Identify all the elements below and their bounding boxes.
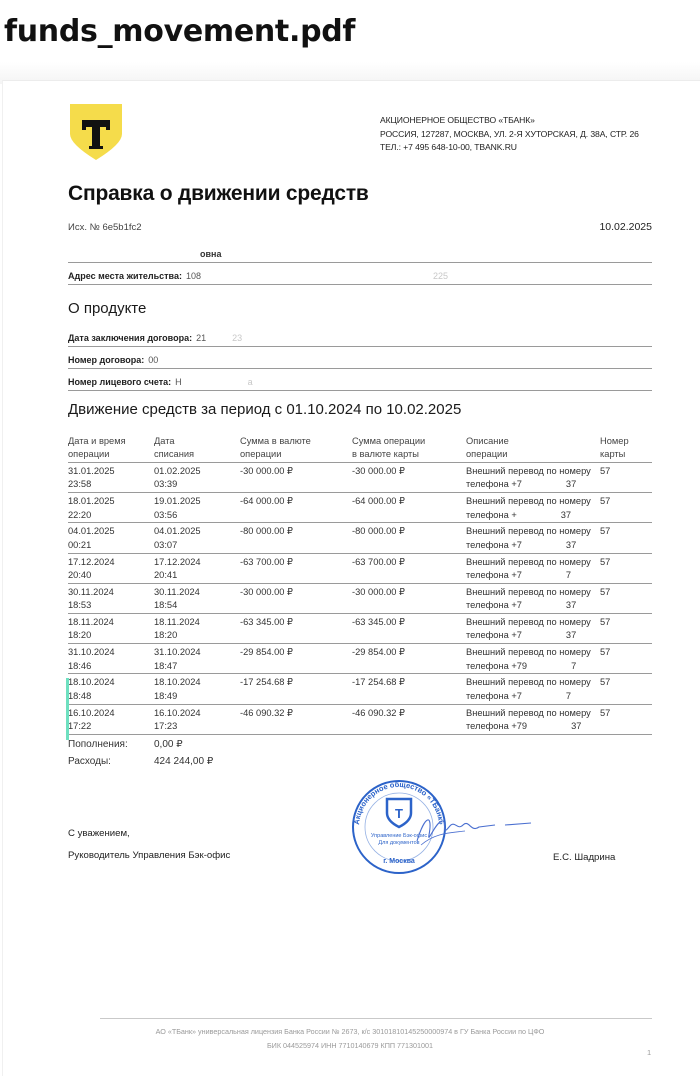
debit-datetime: 16.10.202417:23 [154, 707, 240, 734]
description: Внешний перевод по номерутелефона +737 [466, 465, 600, 492]
footer-divider [100, 1018, 652, 1019]
column-header-op-datetime: Дата и времяоперации [68, 433, 154, 462]
company-contacts: ТЕЛ.: +7 495 648-10-00, TBANK.RU [380, 141, 639, 155]
totals-income: Пополнения: 0,00 ₽ [68, 739, 128, 750]
accent-marker [66, 678, 69, 740]
table-body: 31.01.202523:5801.02.202503:39-30 000.00… [68, 463, 652, 735]
address-label: Адрес места жительства: [68, 271, 182, 281]
card-number: 57 [600, 495, 652, 522]
description: Внешний перевод по номерутелефона +37 [466, 495, 600, 522]
card-number: 57 [600, 556, 652, 583]
amount-card: -29 854.00 ₽ [352, 646, 466, 673]
file-title: funds_movement.pdf [4, 14, 355, 49]
debit-datetime: 19.01.202503:56 [154, 495, 240, 522]
reference-number: Исх. № 6e5b1fc2 [68, 222, 142, 233]
amount-op: -80 000.00 ₽ [240, 525, 352, 552]
address-value: 108 [186, 271, 201, 281]
amount-card: -30 000.00 ₽ [352, 465, 466, 492]
description: Внешний перевод по номерутелефона +7937 [466, 707, 600, 734]
field-label: Дата заключения договора: [68, 333, 192, 343]
redacted-area [206, 331, 232, 343]
op-datetime: 31.01.202523:58 [68, 465, 154, 492]
amount-card: -80 000.00 ₽ [352, 525, 466, 552]
description: Внешний перевод по номерутелефона +737 [466, 525, 600, 552]
table-row: 17.12.202420:4017.12.202420:41-63 700.00… [68, 554, 652, 584]
card-number: 57 [600, 465, 652, 492]
description: Внешний перевод по номерутелефона +77 [466, 556, 600, 583]
debit-datetime: 04.01.202503:07 [154, 525, 240, 552]
table-row: 30.11.202418:5330.11.202418:54-30 000.00… [68, 584, 652, 614]
expense-label: Расходы: [68, 756, 111, 767]
op-datetime: 04.01.202500:21 [68, 525, 154, 552]
amount-op: -63 345.00 ₽ [240, 616, 352, 643]
debit-datetime: 18.10.202418:49 [154, 676, 240, 703]
amount-op: -64 000.00 ₽ [240, 495, 352, 522]
address-tail: 225 [433, 271, 448, 281]
footer-line-2: БИК 044525974 ИНН 7710140679 КПП 7713010… [100, 1039, 600, 1053]
svg-text:г. Москва: г. Москва [383, 858, 415, 865]
svg-text:Для документов: Для документов [378, 840, 419, 846]
column-header-description: Описаниеоперации [466, 433, 600, 462]
movements-heading: Движение средств за период с 01.10.2024 … [68, 401, 461, 418]
card-number: 57 [600, 525, 652, 552]
signer-position: Руководитель Управления Бэк-офис [68, 850, 230, 861]
card-number: 57 [600, 676, 652, 703]
op-datetime: 30.11.202418:53 [68, 586, 154, 613]
op-datetime: 16.10.202417:22 [68, 707, 154, 734]
column-header-amount-op: Сумма в валютеоперации [240, 433, 352, 462]
amount-op: -30 000.00 ₽ [240, 465, 352, 492]
op-datetime: 18.10.202418:48 [68, 676, 154, 703]
amount-op: -46 090.32 ₽ [240, 707, 352, 734]
field-value-tail: 23 [232, 333, 242, 343]
field-value: 00 [148, 355, 158, 365]
table-row: 31.01.202523:5801.02.202503:39-30 000.00… [68, 463, 652, 493]
movements-table: Дата и времяоперации Датасписания Сумма … [68, 433, 652, 735]
company-name: АКЦИОНЕРНОЕ ОБЩЕСТВО «ТБАНК» [380, 114, 639, 128]
amount-card: -63 700.00 ₽ [352, 556, 466, 583]
table-row: 18.11.202418:2018.11.202418:20-63 345.00… [68, 614, 652, 644]
page-number: 1 [647, 1048, 651, 1057]
column-header-card-number: Номеркарты [600, 433, 652, 462]
debit-datetime: 30.11.202418:54 [154, 586, 240, 613]
description: Внешний перевод по номерутелефона +797 [466, 646, 600, 673]
op-datetime: 18.11.202418:20 [68, 616, 154, 643]
document-date: 10.02.2025 [599, 221, 652, 233]
amount-card: -63 345.00 ₽ [352, 616, 466, 643]
card-number: 57 [600, 616, 652, 643]
op-datetime: 18.01.202522:20 [68, 495, 154, 522]
table-row: 04.01.202500:2104.01.202503:07-80 000.00… [68, 523, 652, 553]
field-label: Номер договора: [68, 355, 144, 365]
footer-bank-details: АО «ТБанк» универсальная лицензия Банка … [100, 1025, 600, 1053]
card-number: 57 [600, 707, 652, 734]
product-field-account-number: Номер лицевого счета: Н а [68, 371, 652, 391]
amount-card: -46 090.32 ₽ [352, 707, 466, 734]
description: Внешний перевод по номерутелефона +77 [466, 676, 600, 703]
amount-op: -17 254.68 ₽ [240, 676, 352, 703]
description: Внешний перевод по номерутелефона +737 [466, 616, 600, 643]
table-row: 18.10.202418:4818.10.202418:49-17 254.68… [68, 674, 652, 704]
table-row: 18.01.202522:2019.01.202503:56-64 000.00… [68, 493, 652, 523]
card-number: 57 [600, 586, 652, 613]
product-field-contract-number: Номер договора: 00 [68, 349, 652, 369]
table-row: 31.10.202418:4631.10.202418:47-29 854.00… [68, 644, 652, 674]
amount-card: -64 000.00 ₽ [352, 495, 466, 522]
expense-value: 424 244,00 ₽ [154, 756, 213, 767]
column-header-amount-card: Сумма операциив валюте карты [352, 433, 466, 462]
document-title: Справка о движении средств [68, 182, 369, 206]
debit-datetime: 17.12.202420:41 [154, 556, 240, 583]
product-heading: О продукте [68, 300, 146, 317]
totals-expense: Расходы: 424 244,00 ₽ [68, 756, 111, 767]
field-value-tail: а [248, 377, 253, 387]
tbank-shield-t-icon [68, 104, 124, 160]
product-field-contract-date: Дата заключения договора: 21 23 [68, 327, 652, 347]
table-row: 16.10.202417:2216.10.202417:23-46 090.32… [68, 705, 652, 735]
op-datetime: 17.12.202420:40 [68, 556, 154, 583]
address-row: Адрес места жительства: 108 225 [68, 265, 652, 285]
company-address: АКЦИОНЕРНОЕ ОБЩЕСТВО «ТБАНК» РОССИЯ, 127… [380, 114, 639, 155]
debit-datetime: 01.02.202503:39 [154, 465, 240, 492]
svg-text:T: T [395, 806, 403, 821]
redacted-area [68, 247, 200, 259]
client-name-row: овна [68, 243, 652, 263]
income-value: 0,00 ₽ [154, 739, 183, 750]
amount-op: -30 000.00 ₽ [240, 586, 352, 613]
column-header-debit-date: Датасписания [154, 433, 240, 462]
debit-datetime: 18.11.202418:20 [154, 616, 240, 643]
op-datetime: 31.10.202418:46 [68, 646, 154, 673]
field-value: 21 [196, 333, 206, 343]
debit-datetime: 31.10.202418:47 [154, 646, 240, 673]
amount-card: -17 254.68 ₽ [352, 676, 466, 703]
table-header: Дата и времяоперации Датасписания Сумма … [68, 433, 652, 463]
footer-line-1: АО «ТБанк» универсальная лицензия Банка … [100, 1025, 600, 1039]
description: Внешний перевод по номерутелефона +737 [466, 586, 600, 613]
income-label: Пополнения: [68, 739, 128, 750]
company-street: РОССИЯ, 127287, МОСКВА, УЛ. 2-Я ХУТОРСКА… [380, 128, 639, 142]
redacted-area [201, 269, 433, 281]
company-seal-stamp-icon: Акционерное общество «ТБанк» T Управлени… [345, 775, 535, 875]
amount-card: -30 000.00 ₽ [352, 586, 466, 613]
amount-op: -63 700.00 ₽ [240, 556, 352, 583]
field-label: Номер лицевого счета: [68, 377, 171, 387]
redacted-area [182, 375, 248, 387]
client-name-visible: овна [200, 249, 221, 259]
amount-op: -29 854.00 ₽ [240, 646, 352, 673]
regards-text: С уважением, [68, 828, 130, 839]
signer-name: Е.С. Шадрина [553, 852, 615, 863]
card-number: 57 [600, 646, 652, 673]
